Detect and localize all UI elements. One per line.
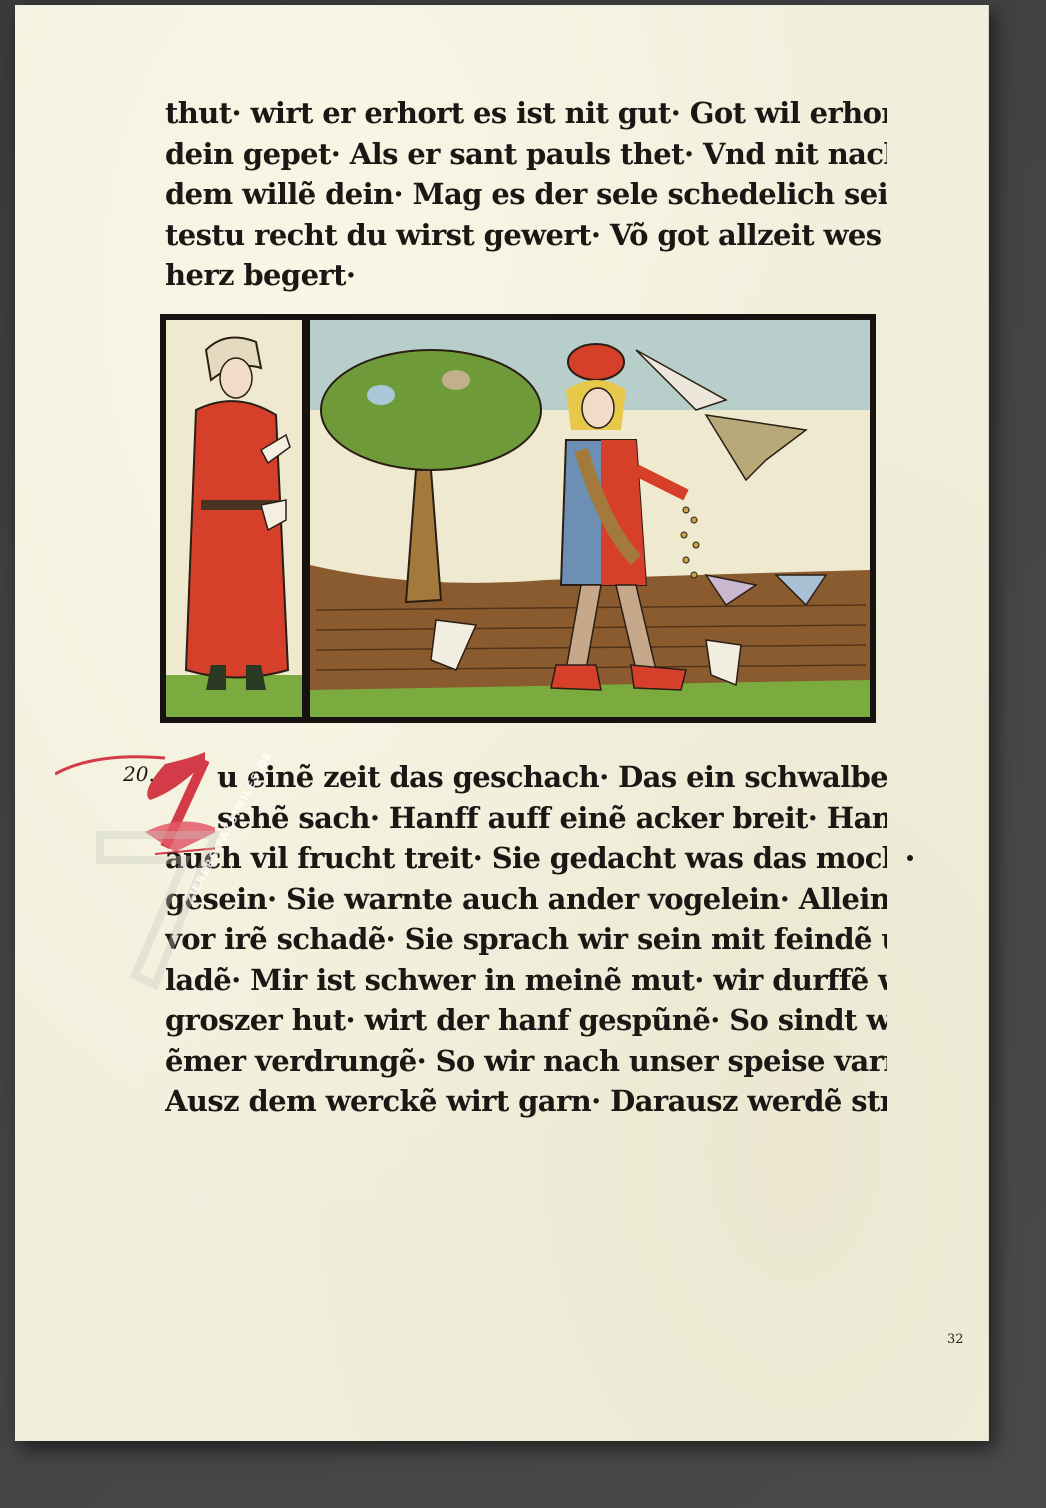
watermark-logo-icon bbox=[85, 815, 285, 1015]
text-line: thut· wirt er erhort es ist nit gut· Got… bbox=[165, 93, 887, 134]
page-number: 32 bbox=[947, 1332, 964, 1347]
text-line: testu recht du wirst gewert· Võ got allz… bbox=[165, 215, 887, 256]
punctuation-mark bbox=[907, 855, 913, 861]
text-line: u einẽ zeit das geschach· Das ein schwal… bbox=[165, 757, 887, 798]
manuscript-page: thut· wirt er erhort es ist nit gut· Got… bbox=[15, 5, 989, 1441]
woodcut-scene-image bbox=[166, 320, 870, 717]
top-text-block: thut· wirt er erhort es ist nit gut· Got… bbox=[165, 93, 887, 296]
text-line: Ausz dem werckẽ wirt garn· Darausz werdẽ… bbox=[165, 1081, 887, 1122]
text-line: ẽmer verdrungẽ· So wir nach unser speise… bbox=[165, 1041, 887, 1082]
text-line: dein gepet· Als er sant pauls thet· Vnd … bbox=[165, 134, 887, 175]
text-line: herz begert· bbox=[165, 255, 887, 296]
chapter-number: 20. bbox=[123, 762, 155, 786]
woodcut-illustration bbox=[160, 314, 876, 723]
text-line: dem willẽ dein· Mag es der sele schedeli… bbox=[165, 174, 887, 215]
